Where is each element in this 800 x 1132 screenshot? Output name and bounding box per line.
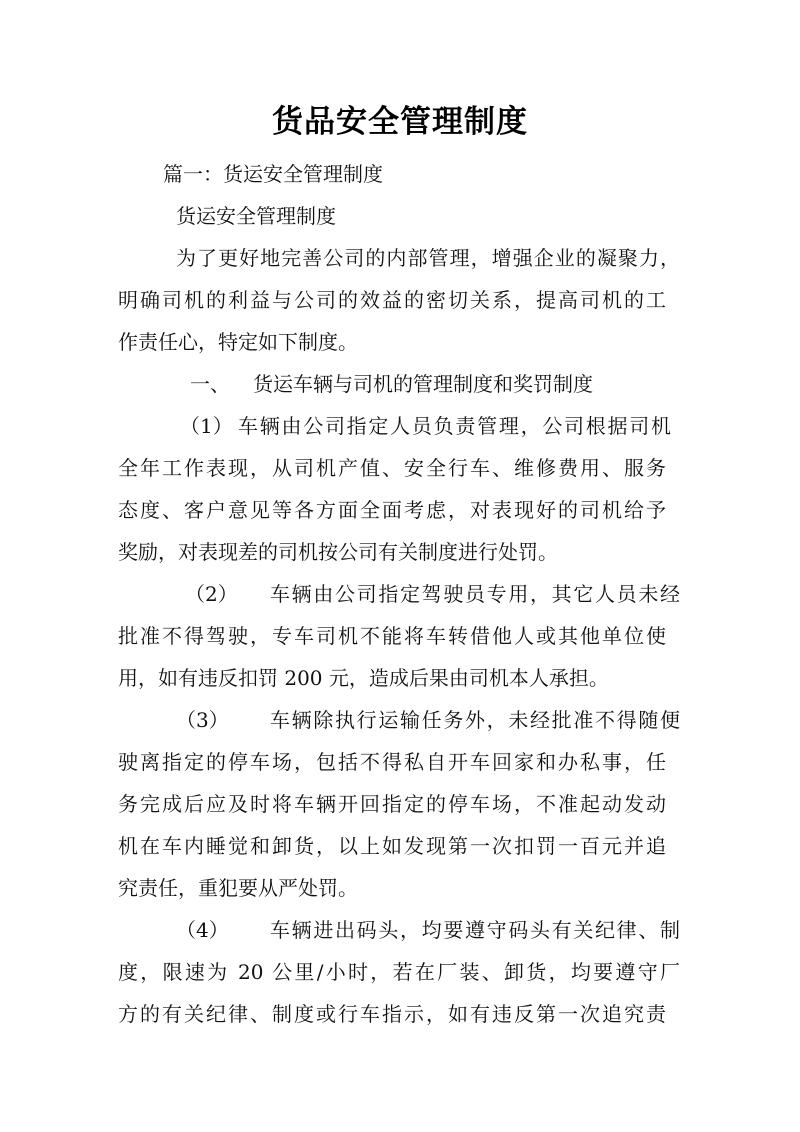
item-line: 机在车内睡觉和卸货，以上如发现第一次扣罚一百元并追: [118, 833, 666, 859]
document-page: 货品安全管理制度 篇一：货运安全管理制度 货运安全管理制度 为了更好地完善公司的…: [0, 0, 800, 1132]
item-line: 车辆进出码头，均要遵守码头有关纪律、制: [270, 917, 680, 943]
item-line: 车辆由公司指定人员负责管理，公司根据司机: [238, 413, 671, 439]
item-label: （4）: [176, 917, 229, 943]
item-label: （3）: [176, 707, 229, 733]
section-number: 一、: [190, 371, 230, 397]
intro-line: 为了更好地完善公司的内部管理，增强企业的凝聚力，: [176, 245, 680, 271]
item-line: 究责任，重犯要从严处罚。: [118, 875, 358, 901]
item-line: 车辆除执行运输任务外，未经批准不得随便: [270, 707, 680, 733]
item-line: 务完成后应及时将车辆开回指定的停车场，不准起动发动: [118, 791, 666, 817]
item-line: 态度、客户意见等各方面全面考虑，对表现好的司机给予: [118, 497, 666, 523]
subtitle: 货运安全管理制度: [176, 203, 336, 229]
item-line: 方的有关纪律、制度或行车指示，如有违反第一次追究责: [118, 1001, 666, 1027]
item-label: （1）: [180, 413, 233, 439]
item-line: 度，限速为 20 公里/小时，若在厂装、卸货，均要遵守厂: [118, 959, 680, 985]
part-heading: 篇一：货运安全管理制度: [163, 161, 383, 187]
item-line: 车辆由公司指定驾驶员专用，其它人员未经: [270, 581, 680, 607]
item-line: 批准不得驾驶，专车司机不能将车转借他人或其他单位使: [118, 623, 666, 649]
item-line: 全年工作表现，从司机产值、安全行车、维修费用、服务: [118, 455, 666, 481]
section-heading: 货运车辆与司机的管理制度和奖罚制度: [253, 371, 593, 397]
intro-line: 明确司机的利益与公司的效益的密切关系，提高司机的工: [118, 287, 666, 313]
item-label: （2）: [185, 581, 238, 607]
item-line: 用，如有违反扣罚 200 元，造成后果由司机本人承担。: [118, 665, 609, 691]
intro-line: 作责任心，特定如下制度。: [118, 329, 358, 355]
document-title: 货品安全管理制度: [0, 96, 800, 141]
item-line: 驶离指定的停车场，包括不得私自开车回家和办私事，任: [118, 749, 666, 775]
item-line: 奖励，对表现差的司机按公司有关制度进行处罚。: [118, 539, 558, 565]
